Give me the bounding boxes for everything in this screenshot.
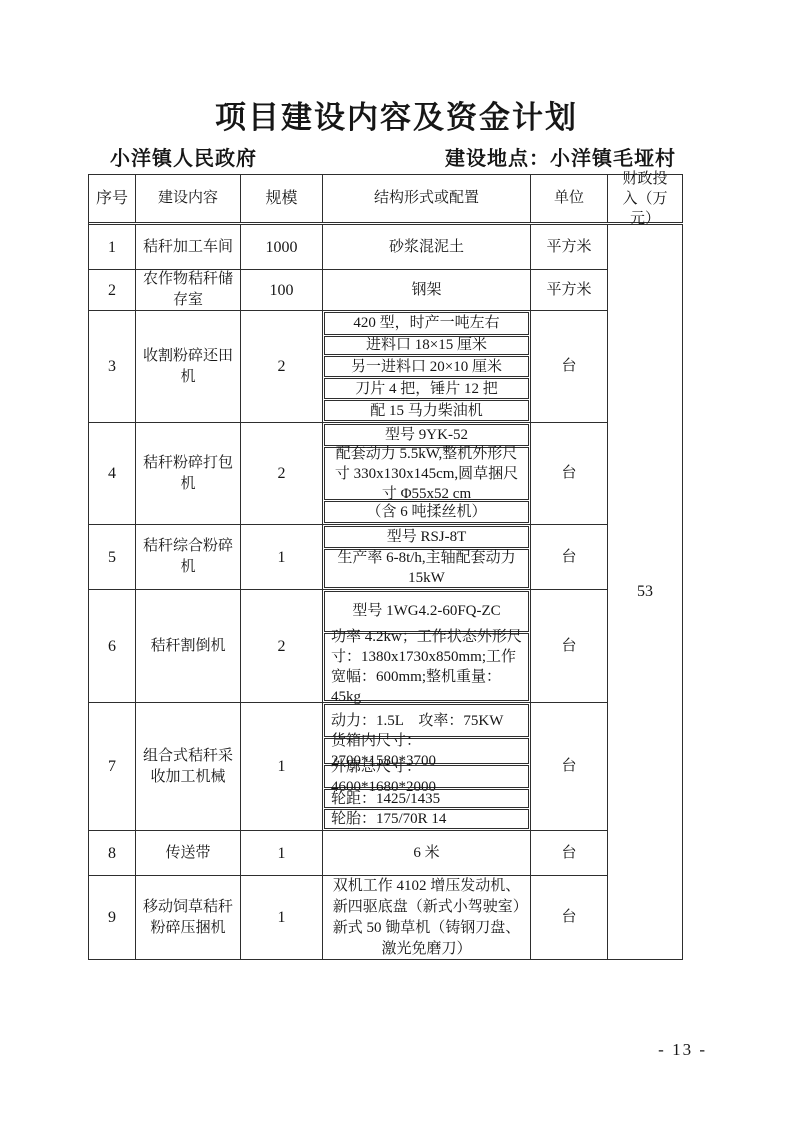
table-body-rows: 1秸秆加工车间1000砂浆混泥土平方米2农作物秸秆储存室100钢架平方米3收割粉…	[89, 225, 608, 960]
cell-content: 移动饲草秸秆粉碎压捆机	[136, 876, 241, 960]
project-table: 序号 建设内容 规模 结构形式或配置 单位 财政投入（万元） 1秸秆加工车间10…	[88, 174, 683, 960]
document-page: 项目建设内容及资金计划 小洋镇人民政府 建设地点：小洋镇毛垭村 序号 建设内容 …	[0, 0, 793, 1122]
header-structure: 结构形式或配置	[323, 175, 531, 223]
structure-sub-stack: 动力：1.5L 攻率：75KW货箱内尺寸：2700*1580*3700外廓总尺寸…	[323, 703, 530, 830]
structure-text: 双机工作 4102 增压发动机、新四驱底盘（新式小驾驶室）新式 50 锄草机（铸…	[331, 876, 522, 960]
structure-sub-item: 另一进料口 20×10 厘米	[324, 356, 529, 377]
cell-unit: 台	[531, 590, 608, 703]
subheading-row: 小洋镇人民政府 建设地点：小洋镇毛垭村	[110, 142, 676, 171]
structure-sub-item: 生产率 6-8t/h,主轴配套动力 15kW	[324, 549, 529, 588]
cell-no: 5	[89, 525, 136, 590]
structure-sub-stack: 420 型，时产一吨左右进料口 18×15 厘米另一进料口 20×10 厘米刀片…	[323, 311, 530, 422]
cell-content: 收割粉碎还田机	[136, 311, 241, 423]
cell-unit: 台	[531, 831, 608, 876]
cell-no: 2	[89, 270, 136, 311]
table-row: 5秸秆综合粉碎机1型号 RSJ-8T生产率 6-8t/h,主轴配套动力 15kW…	[89, 525, 608, 590]
cell-no: 4	[89, 423, 136, 525]
cell-no: 9	[89, 876, 136, 960]
table-row: 3收割粉碎还田机2420 型，时产一吨左右进料口 18×15 厘米另一进料口 2…	[89, 311, 608, 423]
table-row: 4秸秆粉碎打包机2型号 9YK-52配套动力 5.5kW,整机外形尺寸 330x…	[89, 423, 608, 525]
table-row: 9移动饲草秸秆粉碎压捆机1双机工作 4102 增压发动机、新四驱底盘（新式小驾驶…	[89, 876, 608, 960]
cell-structure: 钢架	[323, 270, 531, 311]
cell-unit: 台	[531, 703, 608, 831]
structure-sub-item: 轮距：1425/1435	[324, 789, 529, 808]
cell-unit: 平方米	[531, 225, 608, 270]
structure-sub-item: 轮胎：175/70R 14	[324, 809, 529, 829]
org-name: 小洋镇人民政府	[110, 142, 257, 171]
cell-structure: 动力：1.5L 攻率：75KW货箱内尺寸：2700*1580*3700外廓总尺寸…	[323, 703, 531, 831]
cell-unit: 平方米	[531, 270, 608, 311]
structure-text: 6 米	[413, 843, 439, 864]
cell-structure: 型号 9YK-52配套动力 5.5kW,整机外形尺寸 330x130x145cm…	[323, 423, 531, 525]
structure-sub-item: 刀片 4 把，锤片 12 把	[324, 378, 529, 399]
cell-structure: 砂浆混泥土	[323, 225, 531, 270]
cell-scale: 100	[241, 270, 323, 311]
cell-no: 3	[89, 311, 136, 423]
cell-content: 秸秆粉碎打包机	[136, 423, 241, 525]
structure-sub-item: 型号 1WG4.2-60FQ-ZC	[324, 591, 529, 632]
cell-scale: 2	[241, 311, 323, 423]
cell-unit: 台	[531, 876, 608, 960]
cell-scale: 2	[241, 590, 323, 703]
header-investment: 财政投入（万元）	[608, 175, 683, 223]
header-content: 建设内容	[136, 175, 241, 223]
structure-sub-item: 420 型，时产一吨左右	[324, 312, 529, 335]
cell-content: 农作物秸秆储存室	[136, 270, 241, 311]
cell-structure: 双机工作 4102 增压发动机、新四驱底盘（新式小驾驶室）新式 50 锄草机（铸…	[323, 876, 531, 960]
cell-content: 传送带	[136, 831, 241, 876]
header-no: 序号	[89, 175, 136, 223]
structure-sub-item: 型号 RSJ-8T	[324, 526, 529, 548]
structure-sub-item: 进料口 18×15 厘米	[324, 336, 529, 355]
header-scale: 规模	[241, 175, 323, 223]
table-row: 7组合式秸秆采收加工机械1动力：1.5L 攻率：75KW货箱内尺寸：2700*1…	[89, 703, 608, 831]
cell-content: 组合式秸秆采收加工机械	[136, 703, 241, 831]
cell-unit: 台	[531, 525, 608, 590]
cell-scale: 1	[241, 703, 323, 831]
cell-no: 6	[89, 590, 136, 703]
cell-structure: 型号 1WG4.2-60FQ-ZC功率 4.2kw；工作状态外形尺寸：1380x…	[323, 590, 531, 703]
cell-structure: 6 米	[323, 831, 531, 876]
construction-location: 建设地点：小洋镇毛垭村	[445, 142, 676, 171]
cell-no: 1	[89, 225, 136, 270]
header-unit: 单位	[531, 175, 608, 223]
cell-scale: 1000	[241, 225, 323, 270]
cell-structure: 型号 RSJ-8T生产率 6-8t/h,主轴配套动力 15kW	[323, 525, 531, 590]
structure-sub-stack: 型号 9YK-52配套动力 5.5kW,整机外形尺寸 330x130x145cm…	[323, 423, 530, 524]
cell-scale: 1	[241, 876, 323, 960]
table-header-row: 序号 建设内容 规模 结构形式或配置 单位 财政投入（万元）	[89, 175, 683, 223]
structure-sub-item: 功率 4.2kw；工作状态外形尺寸：1380x1730x850mm;工作宽幅：6…	[324, 633, 529, 701]
cell-no: 8	[89, 831, 136, 876]
structure-text: 砂浆混泥土	[389, 237, 464, 258]
cell-structure: 420 型，时产一吨左右进料口 18×15 厘米另一进料口 20×10 厘米刀片…	[323, 311, 531, 423]
table-body: 1秸秆加工车间1000砂浆混泥土平方米2农作物秸秆储存室100钢架平方米3收割粉…	[89, 224, 683, 960]
cell-content: 秸秆加工车间	[136, 225, 241, 270]
structure-sub-stack: 型号 1WG4.2-60FQ-ZC功率 4.2kw；工作状态外形尺寸：1380x…	[323, 590, 530, 702]
structure-sub-item: （含 6 吨揉丝机）	[324, 501, 529, 523]
table-row: 2农作物秸秆储存室100钢架平方米	[89, 270, 608, 311]
cell-content: 秸秆综合粉碎机	[136, 525, 241, 590]
cell-content: 秸秆割倒机	[136, 590, 241, 703]
cell-scale: 1	[241, 831, 323, 876]
page-number: - 13 -	[658, 1040, 707, 1060]
cell-unit: 台	[531, 423, 608, 525]
page-title: 项目建设内容及资金计划	[0, 92, 793, 137]
structure-sub-item: 外廓总尺寸：4600*1680*2000	[324, 765, 529, 789]
cell-unit: 台	[531, 311, 608, 423]
cell-scale: 1	[241, 525, 323, 590]
table-row: 8传送带16 米台	[89, 831, 608, 876]
structure-text: 钢架	[411, 280, 441, 301]
structure-sub-item: 配 15 马力柴油机	[324, 400, 529, 421]
table-row: 6秸秆割倒机2型号 1WG4.2-60FQ-ZC功率 4.2kw；工作状态外形尺…	[89, 590, 608, 703]
cell-no: 7	[89, 703, 136, 831]
structure-sub-item: 配套动力 5.5kW,整机外形尺寸 330x130x145cm,圆草捆尺寸 Φ5…	[324, 447, 529, 499]
investment-merged-cell: 53	[608, 225, 683, 960]
structure-sub-stack: 型号 RSJ-8T生产率 6-8t/h,主轴配套动力 15kW	[323, 525, 530, 589]
cell-scale: 2	[241, 423, 323, 525]
table-row: 1秸秆加工车间1000砂浆混泥土平方米	[89, 225, 608, 270]
